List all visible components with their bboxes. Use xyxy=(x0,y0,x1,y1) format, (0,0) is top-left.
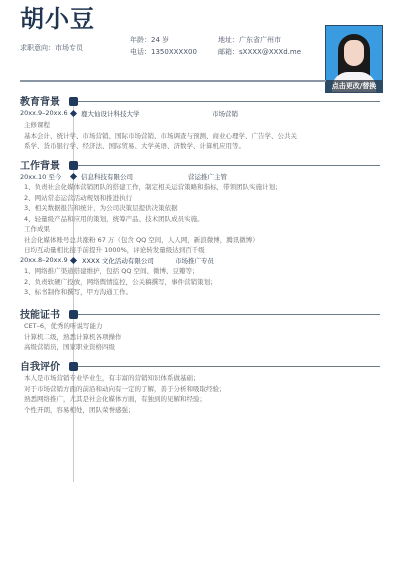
section-marker-icon xyxy=(69,362,78,371)
skills-list: CET–6，优秀的听说写能力 计算机二级，熟悉计算机各项操作 高级营销员，国家职… xyxy=(24,321,364,353)
section-divider xyxy=(78,165,380,166)
job-role: 营运推广主管 xyxy=(188,172,227,181)
school-name: 鹿大仙设计科技大学 xyxy=(81,109,140,118)
age: 年龄：24 岁 xyxy=(130,34,197,46)
section-title-skills: 技能证书 xyxy=(20,306,60,321)
job-details: 1、网络推广渠道搭建维护，包括 QQ 空间、微博、豆瓣等； 2、负责软硬广投放，… xyxy=(24,266,364,298)
section-title-self-eval: 自我评价 xyxy=(20,358,60,373)
profile-photo[interactable]: 点击更改/替换 xyxy=(325,25,383,93)
major: 市场营销 xyxy=(212,109,238,118)
job-date: 20xx.10 至今 xyxy=(20,172,61,181)
header-divider xyxy=(20,80,326,82)
section-marker-icon xyxy=(69,310,78,319)
section-divider xyxy=(78,101,380,102)
section-divider xyxy=(78,314,380,315)
company-name: XXXX 文化活动有限公司 xyxy=(82,256,154,265)
section-title-education: 教育背景 xyxy=(20,93,60,108)
personal-info-right: 地址：广东省广州市 邮箱：sXXXX@XXXd.me xyxy=(218,34,301,58)
section-divider xyxy=(78,366,380,367)
phone: 电话：1350XXXX00 xyxy=(130,46,197,58)
job-details: 1、负责社会化媒体营销团队的搭建工作，制定相关运营策略和指标，带领团队实施计划；… xyxy=(24,182,364,256)
job-intent: 求职意向：市场专员 xyxy=(20,43,83,53)
diamond-marker-icon xyxy=(70,173,77,180)
photo-face xyxy=(344,40,364,66)
diamond-marker-icon xyxy=(70,110,77,117)
diamond-marker-icon xyxy=(70,257,77,264)
change-photo-button[interactable]: 点击更改/替换 xyxy=(326,80,382,92)
email: 邮箱：sXXXX@XXXd.me xyxy=(218,46,301,58)
section-title-work: 工作背景 xyxy=(20,157,60,172)
section-marker-icon xyxy=(69,161,78,170)
self-eval-text: 本人是市场营销专业毕业生，有丰富的营销知识体系做基础； 对于市场营销方面的前沿和… xyxy=(24,373,364,415)
address: 地址：广东省广州市 xyxy=(218,34,301,46)
candidate-name: 胡小豆 xyxy=(20,3,95,35)
company-name: 信息科技有限公司 xyxy=(81,172,133,181)
education-date: 20xx.9–20xx.6 xyxy=(20,109,68,117)
education-details: 主修课程 基本会计、统计学、市场营销、国际市场营销、市场调查与预测、商业心理学、… xyxy=(24,120,364,152)
job-date: 20xx.8–20xx.9 xyxy=(20,256,68,264)
personal-info-left: 年龄：24 岁 电话：1350XXXX00 xyxy=(130,34,197,58)
job-role: 市场推广专员 xyxy=(175,256,214,265)
section-marker-icon xyxy=(69,97,78,106)
